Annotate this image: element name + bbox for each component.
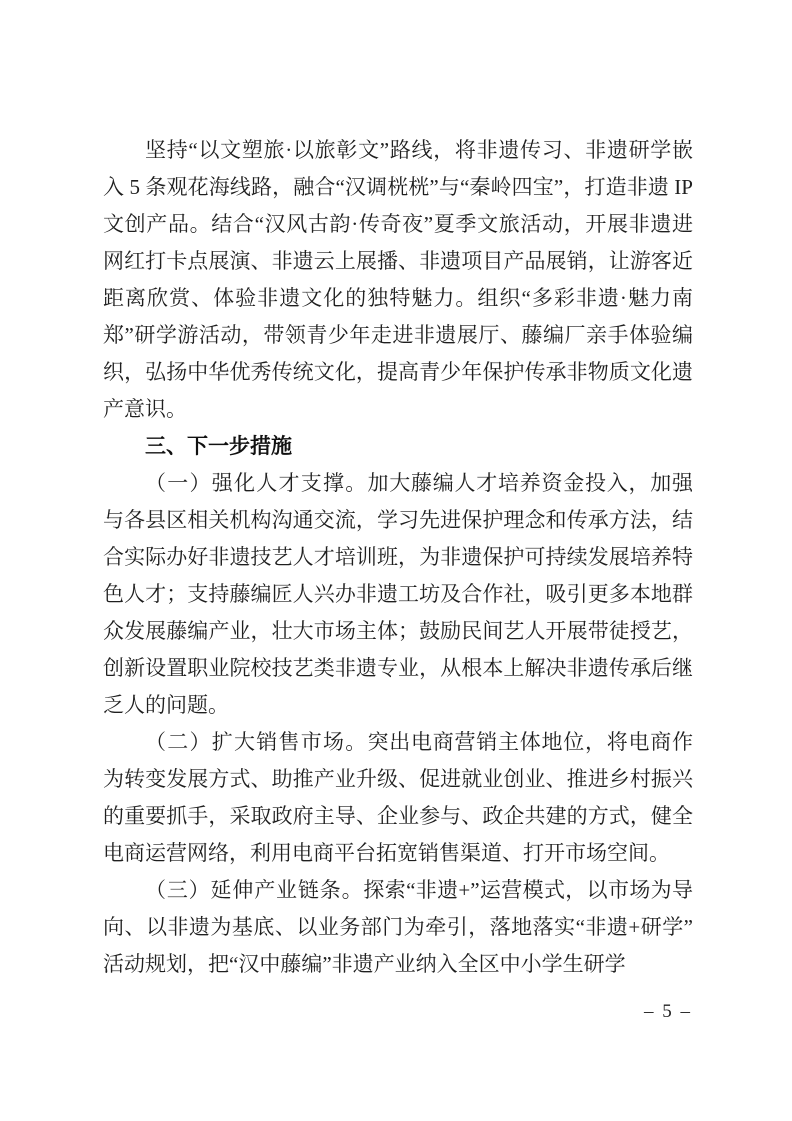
clause-paragraph-2: （二）扩大销售市场。突出电商营销主体地位，将电商作为转变发展方式、助推产业升级、… <box>103 724 693 872</box>
clause-paragraph-1: （一）强化人才支撑。加大藤编人才培养资金投入，加强与各县区相关机构沟通交流，学习… <box>103 465 693 724</box>
clause-1-lead: （一）强化人才支撑。 <box>145 471 368 495</box>
page-number: – 5 – <box>644 1000 692 1024</box>
clause-paragraph-3: （三）延伸产业链条。探索“非遗+”运营模式，以市场为导向、以非遗为基底、以业务部… <box>103 872 693 983</box>
section-heading-next-steps: 三、下一步措施 <box>103 428 693 465</box>
clause-3-lead: （三）延伸产业链条。 <box>145 878 363 902</box>
document-page: 坚持“以文塑旅·以旅彰文”路线，将非遗传习、非遗研学嵌入 5 条观花海线路，融合… <box>0 0 792 1121</box>
clause-2-lead: （二）扩大销售市场。 <box>145 730 368 754</box>
clause-1-text: 加大藤编人才培养资金投入，加强与各县区相关机构沟通交流，学习先进保护理念和传承方… <box>103 471 693 717</box>
document-body: 坚持“以文塑旅·以旅彰文”路线，将非遗传习、非遗研学嵌入 5 条观花海线路，融合… <box>103 132 693 983</box>
paragraph-intangible-heritage-tourism: 坚持“以文塑旅·以旅彰文”路线，将非遗传习、非遗研学嵌入 5 条观花海线路，融合… <box>103 132 693 428</box>
